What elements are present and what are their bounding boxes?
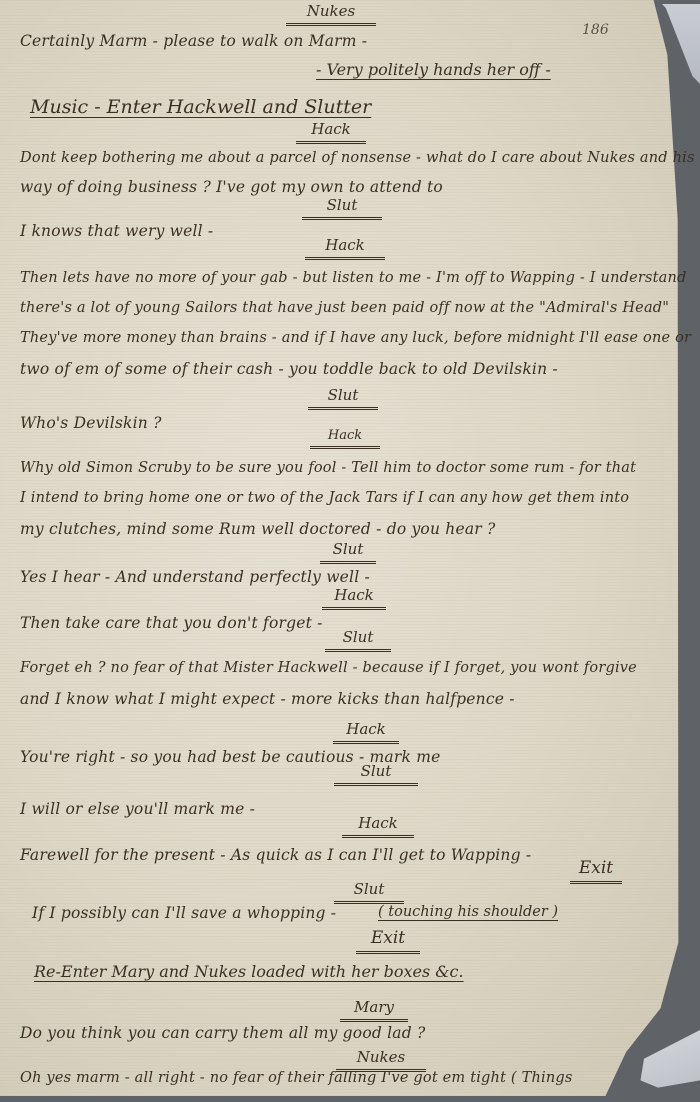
dialogue-line: Farewell for the present - As quick as I… (20, 846, 531, 864)
exit-direction: Exit (356, 928, 420, 954)
dialogue-line: Then lets have no more of your gab - but… (20, 270, 687, 286)
stage-direction-music: Music - Enter Hackwell and Slutter (30, 96, 371, 118)
dialogue-line: I intend to bring home one or two of the… (20, 490, 629, 506)
dialogue-line: two of em of some of their cash - you to… (20, 360, 558, 378)
dialogue-line: Dont keep bothering me about a parcel of… (20, 150, 695, 166)
speaker-label: Hack (342, 814, 414, 838)
speaker-label: Mary (340, 998, 408, 1022)
dialogue-line: I knows that wery well - (20, 222, 213, 240)
speaker-label: Hack (310, 428, 380, 449)
dialogue-line: my clutches, mind some Rum well doctored… (20, 520, 496, 538)
dialogue-line: I will or else you'll mark me - (20, 800, 255, 818)
dialogue-line: Do you think you can carry them all my g… (20, 1024, 425, 1042)
exit-direction: Exit (570, 858, 622, 884)
dialogue-line: way of doing business ? I've got my own … (20, 178, 443, 196)
speaker-label: Nukes (336, 1048, 426, 1072)
folio-number: 186 (582, 22, 609, 38)
speaker-label: Hack (322, 586, 386, 610)
dialogue-line: Certainly Marm - please to walk on Marm … (20, 32, 367, 50)
torn-corner-bottom (630, 1030, 700, 1102)
dialogue-line: Yes I hear - And understand perfectly we… (20, 568, 370, 586)
speaker-label: Slut (308, 386, 378, 410)
speaker-label: Hack (296, 120, 366, 144)
dialogue-line: If I possibly can I'll save a whopping - (32, 904, 336, 922)
dialogue-line: Then take care that you don't forget - (20, 614, 323, 632)
speaker-label: Slut (325, 628, 391, 652)
stage-direction: - Very politely hands her off - (316, 60, 551, 79)
speaker-label: Slut (334, 880, 404, 904)
dialogue-line: Why old Simon Scruby to be sure you fool… (20, 460, 636, 476)
speaker-label: Hack (333, 720, 399, 744)
dialogue-line: and I know what I might expect - more ki… (20, 690, 515, 708)
speaker-label: Slut (320, 540, 376, 564)
speaker-label: Nukes (286, 2, 376, 26)
dialogue-line: Who's Devilskin ? (20, 414, 162, 432)
speaker-label: Slut (302, 196, 382, 220)
dialogue-line: They've more money than brains - and if … (20, 330, 691, 346)
speaker-label: Slut (334, 762, 418, 786)
stage-direction-reenter: Re-Enter Mary and Nukes loaded with her … (34, 962, 464, 981)
stage-direction: ( touching his shoulder ) (378, 904, 558, 920)
dialogue-line: there's a lot of young Sailors that have… (20, 300, 669, 316)
dialogue-line: Forget eh ? no fear of that Mister Hackw… (20, 660, 637, 676)
dialogue-line: Oh yes marm - all right - no fear of the… (20, 1070, 573, 1086)
speaker-label: Hack (305, 236, 385, 260)
